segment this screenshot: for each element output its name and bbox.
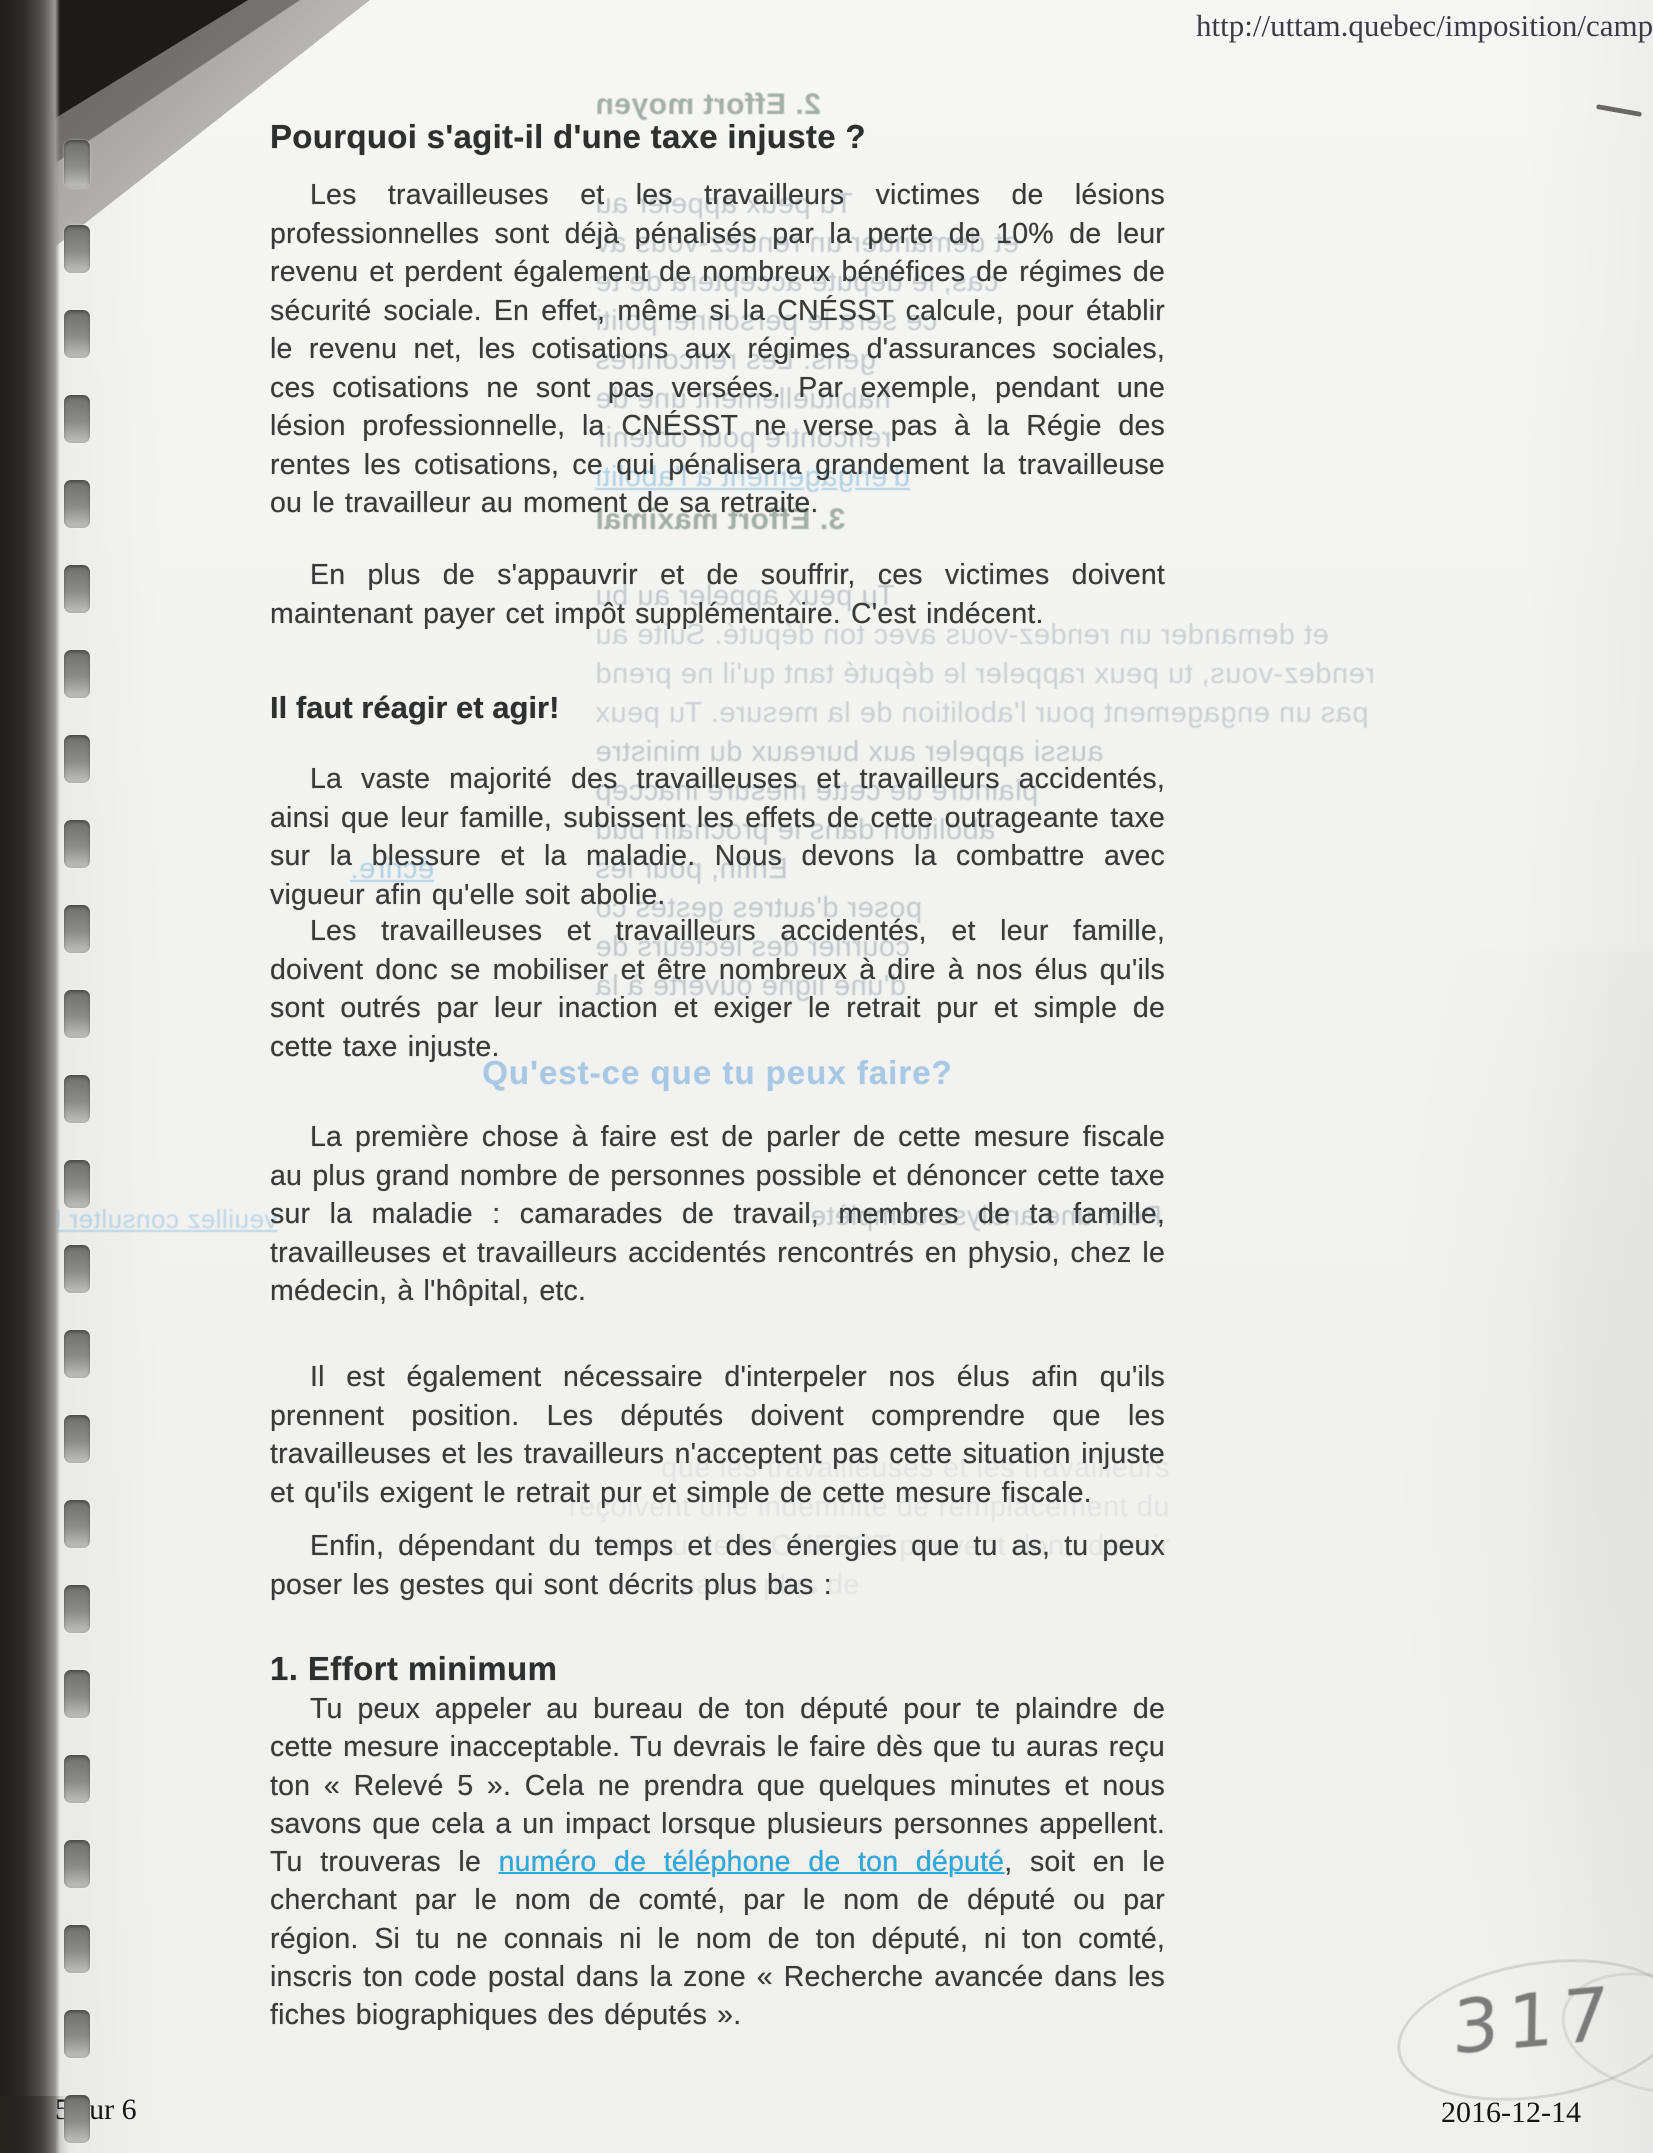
pen-mark [1596,104,1642,117]
binding-hole [64,1585,90,1633]
binding-hole [64,1075,90,1123]
binding-hole [64,1670,90,1718]
binding-hole [64,1330,90,1378]
binding-hole [64,990,90,1038]
paragraph-gestes: Enfin, dépendant du temps et des énergie… [270,1527,1165,1604]
binding-hole [64,480,90,528]
binding-hole [64,1160,90,1208]
bleed-through-text: rendez-vous, tu peux rappeler le député … [595,658,1395,691]
binding-hole [64,735,90,783]
section-title-taxe-injuste: Pourquoi s'agit-il d'une taxe injuste ? [270,118,866,156]
binding-hole [64,1500,90,1548]
binding-hole [64,650,90,698]
binding-hole [64,140,90,188]
binding-hole [64,1415,90,1463]
paragraph-premiere-chose: La première chose à faire est de parler … [270,1118,1165,1311]
deputy-phone-link[interactable]: numéro de téléphone de ton député [499,1846,1005,1878]
print-date-footer: 2016-12-14 [1441,2096,1581,2130]
handwritten-page-number: 317 [1452,1971,1618,2072]
section-title-que-faire: Qu'est-ce que tu peux faire? [270,1054,1165,1092]
source-url: http://uttam.quebec/imposition/campagne [1196,8,1653,44]
bleed-through-text: pas un engagement pour l'abolition de la… [595,697,1395,730]
binding-hole [64,225,90,273]
binding-hole [64,2095,90,2143]
bleed-through-text: 2. Effort moyen [595,88,1395,122]
binding-hole [64,905,90,953]
binding-hole [64,1840,90,1888]
binding-hole [64,310,90,358]
binding-hole [64,1245,90,1293]
section-title-effort-minimum: 1. Effort minimum [270,1650,557,1688]
paragraph-mobiliser: Les travailleuses et travailleurs accide… [270,912,1165,1066]
binding-hole [64,395,90,443]
binding-hole [64,1925,90,1973]
scanned-page: 2. Effort moyenTu peux appeler auet dema… [0,0,1653,2153]
paragraph-indecent: En plus de s'appauvrir et de souffrir, c… [270,556,1165,633]
paragraph-lesions: Les travailleuses et les travailleurs vi… [270,176,1165,523]
paragraph-interpeler: Il est également nécessaire d'interpeler… [270,1358,1165,1512]
binding-hole [64,820,90,868]
binding-hole [64,1755,90,1803]
scanner-left-edge [0,0,60,2153]
paragraph-majorite: La vaste majorité des travailleuses et t… [270,760,1165,914]
paragraph-appeler-depute: Tu peux appeler au bureau de ton député … [270,1690,1165,2035]
binding-hole [64,2010,90,2058]
section-title-reagir: Il faut réagir et agir! [270,690,559,726]
binding-hole [64,565,90,613]
